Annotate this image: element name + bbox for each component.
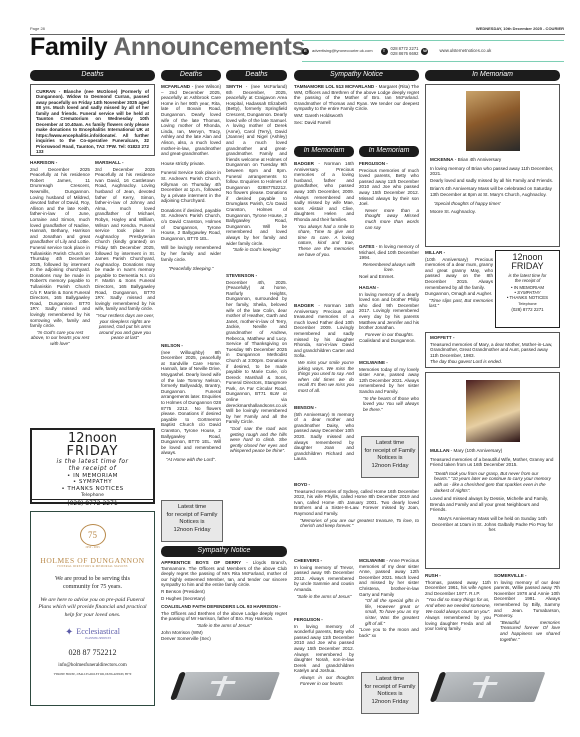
contact-bar: E advertising@tyronecourier.uk.com T 028… — [302, 40, 564, 62]
notice-badger-2: BADGER - Norman 16th Anniversary Preciou… — [294, 303, 354, 395]
anniversary-badge-icon: 75 — [80, 524, 106, 546]
deadline-box-right: 12noon FRIDAY is the latest time for the… — [495, 250, 560, 328]
notice-mullan: MULLAN - Mary (10th Anniversary) Treasur… — [425, 372, 560, 569]
phone-2: 028 8676 6692 — [391, 51, 419, 56]
notice-mckenna: MCKENNA - Brian 4th Anniversary In lovin… — [425, 84, 560, 247]
notice-gates: GATES - In loving memory of Michael, die… — [359, 244, 419, 281]
latest-time-box-2: Latest time for receipt of Family Notice… — [361, 436, 419, 478]
notice-harrison: HARRISON - 2nd December 2025 Peacefully … — [30, 160, 90, 348]
memoriam-header: In Memoriam — [425, 70, 560, 81]
deadline-box-left: 12noon FRIDAY is the latest time for the… — [30, 428, 155, 504]
date-line: WEDNESDAY, 10th December 2025 - COURIER — [476, 27, 564, 32]
bible-icon-2 — [435, 672, 546, 702]
notice-smyth: SMYTH - (nee McFarland) 6th December, 20… — [226, 84, 287, 254]
notice-mcilwaine-2: MCILWAINE - Anne Precious memories of my… — [359, 558, 419, 639]
page-title: Family Announcements — [30, 35, 305, 60]
sympathy-header: Sympathy Notice — [294, 70, 419, 81]
notice-apprentice-boys: APPRENTICE BOYS OF DERRY - Lloyds Branch… — [161, 560, 287, 643]
holmes-phone: 028 87 752212 — [34, 648, 151, 658]
email-icon: E — [302, 48, 309, 55]
notice-hagan: HAGAN - In loving memory of a dearly lov… — [359, 285, 419, 345]
photo-brian-mckenna — [466, 91, 520, 151]
notice-ferguson-2: FERGUSON - In loving memory of wonderful… — [294, 617, 354, 687]
memoriam-header-3: In Memoriam — [359, 146, 419, 157]
phone-numbers: 028 8772 2271 028 8676 6692 — [391, 46, 419, 56]
deaths-header-1: Deaths — [30, 70, 155, 81]
notice-rush: RUSH - Thomas, passed away 11th December… — [425, 573, 491, 633]
holmes-advert[interactable]: 75 1950 - 2025 HOLMES OF DUNGANNON FUNER… — [30, 511, 155, 706]
web-icon: W — [421, 48, 428, 55]
notice-cheevers: CHEEVERS - In loving memory of Trevor, p… — [294, 558, 354, 600]
latest-time-box-3: Latest time for receipt of Family Notice… — [361, 672, 419, 714]
email-link[interactable]: advertising@tyronecourier.uk.com — [312, 49, 373, 54]
ecclesiastical-logo-icon: ✦ — [65, 627, 73, 639]
notice-nelson: NELSON - (nee Willoughby) 8th December 2… — [161, 343, 221, 463]
notice-mcilwaine-1: MCILWAINE - Memories today of my lovely … — [359, 360, 419, 413]
website-link[interactable]: www.ulsternetnotices.co.uk — [439, 48, 491, 53]
latest-time-box-1: Latest time for receipt of Family Notice… — [161, 500, 223, 542]
sympathy-header-lower: Sympathy Notice — [161, 546, 287, 557]
holmes-email: info@holmesfuneraldirectors.com — [34, 663, 151, 669]
holmes-name: HOLMES OF DUNGANNON — [34, 556, 151, 565]
bible-icon — [175, 672, 280, 700]
notice-badger-1: BADGER - Norman 16th Anniversary. Precio… — [294, 161, 354, 258]
deaths-header-2: Deaths — [161, 70, 221, 81]
notice-ferguson-1: FERGUSON - Precious memories of much lov… — [359, 161, 419, 231]
notice-marshall: MARSHALL - 3rd December 2025 Peacefully … — [95, 160, 155, 342]
notice-tamnamore: TAMNAMORE LOL 513 MCFARLAND - Margaret (… — [294, 84, 419, 126]
page-number: Page 28 — [30, 27, 45, 32]
notice-benson: BENSON - (5th Anniversary) In memory of … — [294, 405, 354, 463]
photo-mary-mullan — [466, 380, 520, 442]
memoriam-header-2: In Memoriam — [294, 146, 354, 157]
notice-somerville: SOMERVILLE - In loving memory of our dea… — [494, 573, 560, 643]
notice-stevenson: STEVENSON - December 4th, 2025. (Peacefu… — [226, 273, 287, 455]
notice-mcfarland: MCFARLAND - (nee Wilson) – 2nd December … — [161, 84, 221, 273]
notice-curran: CURRAN - Blanche (nee McGlone) (Formerly… — [30, 84, 155, 156]
notice-moffett: MOFFETT - Treasured memories of Mary, a … — [425, 332, 560, 368]
notice-boyd: BOYD - Treasured memories of Sydney, cal… — [294, 482, 419, 530]
deaths-header-3: Deaths — [226, 70, 287, 81]
notice-millar: MILLAR - (10th Anniversary) Precious mem… — [425, 250, 493, 310]
phone-icon: T — [381, 48, 388, 55]
